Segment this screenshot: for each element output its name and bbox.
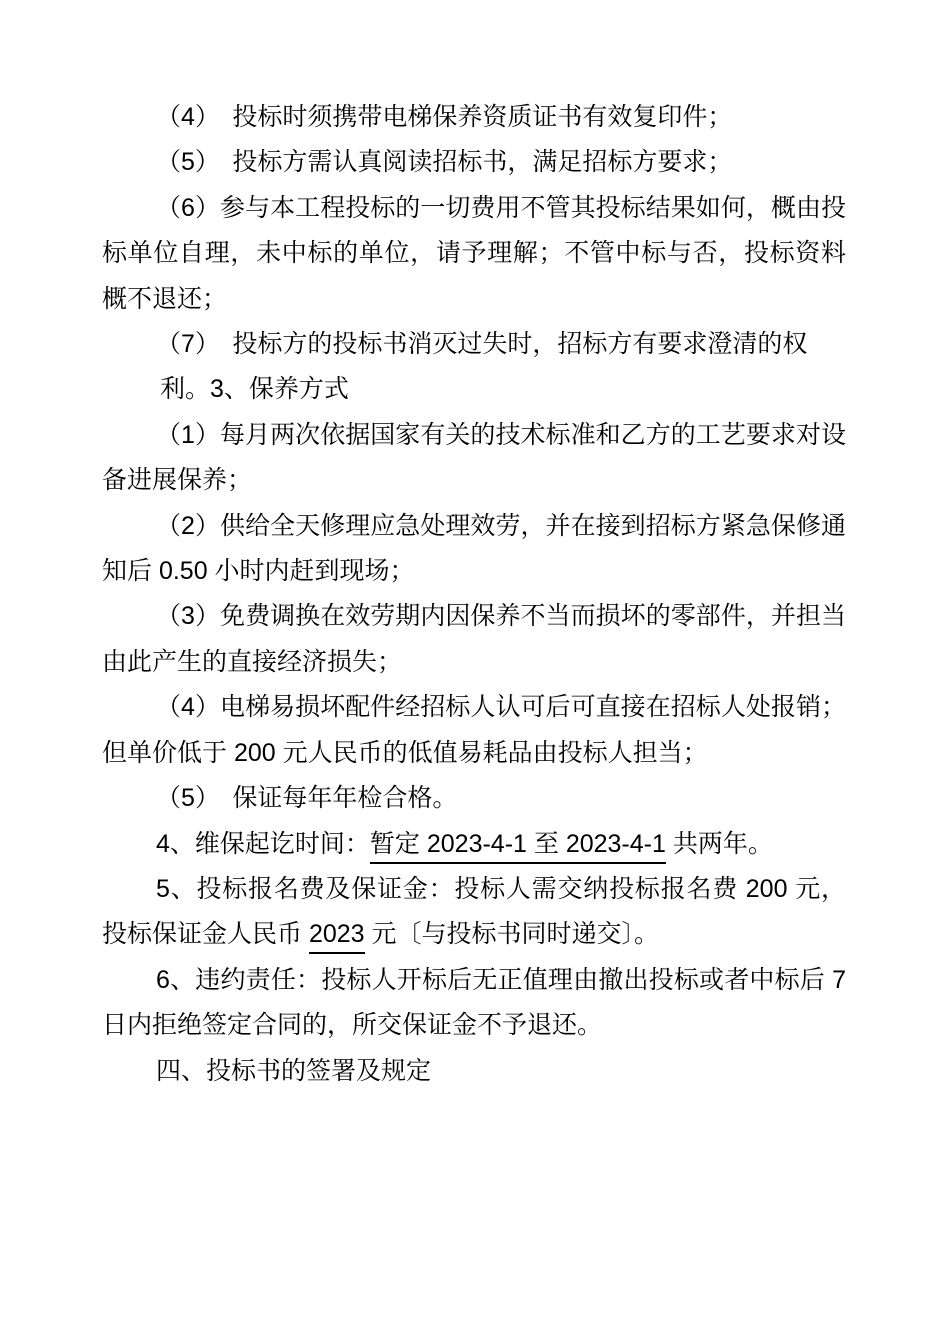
maintenance-clause-2: （2）供给全天修理应急处理效劳，并在接到招标方紧急保修通知后 0.50 小时内赶… bbox=[102, 504, 846, 595]
section-5-fees-and-deposit: 5、投标报名费及保证金：投标人需交纳投标报名费 200 元，投标保证金人民币 2… bbox=[102, 867, 846, 958]
section-heading-4-signing-rules: 四、投标书的签署及规定 bbox=[102, 1049, 846, 1094]
section-6-breach-of-contract: 6、违约责任：投标人开标后无正值理由撤出投标或者中标后 7 日内拒绝签定合同的，… bbox=[102, 958, 846, 1049]
section-4-maintenance-period: 4、维保起讫时间：暂定 2023-4-1 至 2023-4-1 共两年。 bbox=[102, 822, 846, 867]
maintenance-clause-3: （3）免费调换在效劳期内因保养不当而损坏的零部件，并担当由此产生的直接经济损失； bbox=[102, 594, 846, 685]
bid-clause-7-cont-section-3-title: 利。3、保养方式 bbox=[102, 367, 846, 412]
bid-clause-5: （5） 投标方需认真阅读招标书，满足招标方要求； bbox=[102, 140, 846, 185]
document-page: （4） 投标时须携带电梯保养资质证书有效复印件； （5） 投标方需认真阅读招标书… bbox=[0, 0, 950, 1344]
section-5-underlined-amount: 2023 bbox=[309, 920, 365, 954]
section-4-prefix: 4、维保起讫时间： bbox=[156, 830, 370, 858]
document-body: （4） 投标时须携带电梯保养资质证书有效复印件； （5） 投标方需认真阅读招标书… bbox=[102, 95, 846, 1094]
bid-clause-6: （6）参与本工程投标的一切费用不管其投标结果如何，概由投标单位自理，未中标的单位… bbox=[102, 186, 846, 322]
maintenance-clause-1: （1）每月两次依据国家有关的技术标准和乙方的工艺要求对设备进展保养； bbox=[102, 413, 846, 504]
section-4-underlined-dates: 暂定 2023-4-1 至 2023-4-1 bbox=[370, 830, 666, 864]
bid-clause-4: （4） 投标时须携带电梯保养资质证书有效复印件； bbox=[102, 95, 846, 140]
maintenance-clause-4: （4）电梯易损坏配件经招标人认可后可直接在招标人处报销；但单价低于 200 元人… bbox=[102, 685, 846, 776]
section-4-suffix: 共两年。 bbox=[666, 830, 773, 858]
section-5-suffix: 元〔与投标书同时递交〕。 bbox=[365, 920, 659, 948]
maintenance-clause-5: （5） 保证每年年检合格。 bbox=[102, 776, 846, 821]
bid-clause-7: （7） 投标方的投标书消灭过失时，招标方有要求澄清的权 bbox=[102, 322, 846, 367]
